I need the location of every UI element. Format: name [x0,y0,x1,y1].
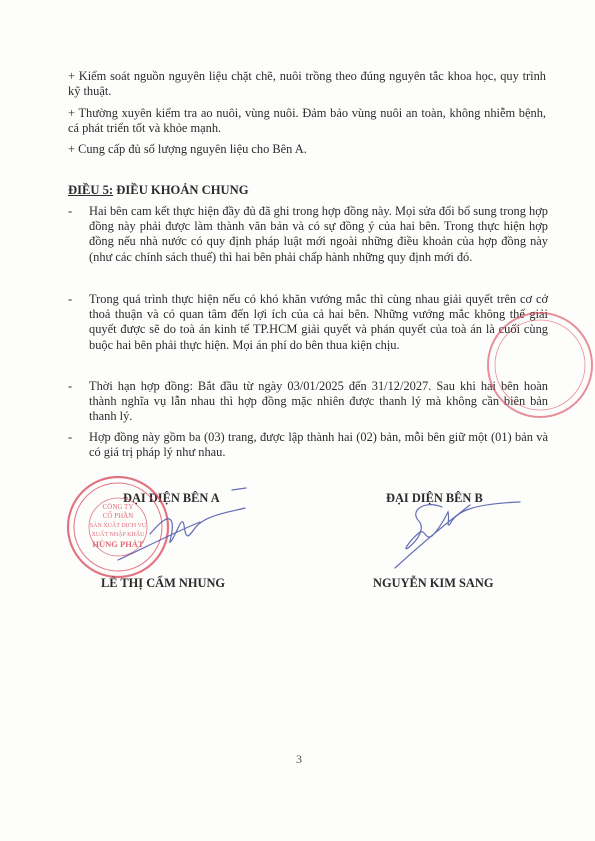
document-page: + Kiểm soát nguồn nguyên liệu chặt chẽ, … [0,0,595,841]
signature-strokes [0,0,595,841]
page-number: 3 [296,752,302,767]
